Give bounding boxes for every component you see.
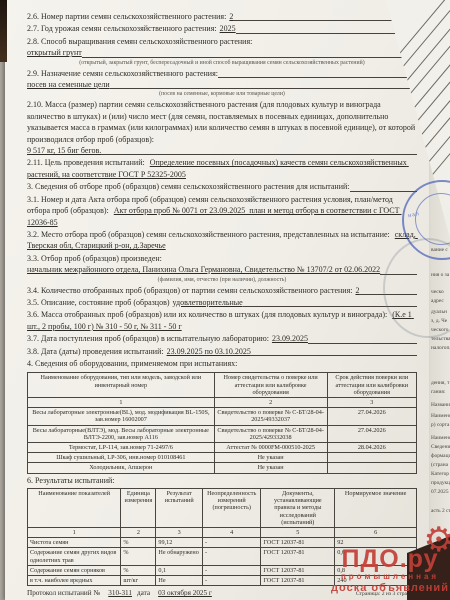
protocol-label: Протокол испытаний №: [27, 589, 100, 597]
edge-fragment: Название: [431, 401, 450, 410]
edge-fragment: (страна: [431, 461, 450, 470]
results-col-num: 3: [156, 528, 203, 538]
results-col-num: 2: [121, 528, 156, 538]
rule-line: [251, 355, 417, 356]
equipment-name: Термостат, LP-114, зав.номер 71-2497/6: [28, 443, 215, 453]
field-hint: (фамилия, имя, отчество (при наличии), д…: [27, 276, 417, 284]
field-label: 2.6. Номер партии семян сельскохозяйстве…: [27, 11, 226, 22]
edge-fragment: ческо: [431, 288, 450, 297]
field-hint: (открытый, закрытый грунт, беспересадочн…: [27, 59, 417, 67]
results-col-header: Наименование показателей: [28, 489, 121, 528]
field-value: посев на семенные цели: [27, 79, 110, 90]
rule-line: [236, 33, 417, 34]
field-value: 2025: [220, 23, 236, 34]
field-3-8: 3.8. Дата (даты) проведения испытаний: 2…: [27, 346, 417, 357]
edge-fragment: продукци: [431, 479, 450, 488]
result-indicator: Чистота семян: [28, 538, 121, 548]
date-label: дата: [137, 589, 150, 597]
equipment-certificate: Не указан: [214, 463, 327, 473]
rule-line: [218, 77, 417, 78]
field-value: 23.09.2025 по 03.10.2025: [167, 346, 251, 357]
document-page: 2.6. Номер партии семян сельскохозяйстве…: [5, 0, 429, 600]
result-unit: шт/кг: [121, 576, 156, 586]
equipment-name: Весы лабораторные электронные(BL), мод. …: [28, 408, 215, 425]
section-6-heading: 6. Результаты испытаний:: [27, 475, 417, 486]
results-col-header: Результат испытаний: [156, 489, 203, 528]
field-label: 3.5. Описание, состояние проб (образцов): [27, 297, 170, 308]
edge-fragment: Категор: [431, 470, 450, 479]
field-3-2: 3.2. Место отбора проб (образцов) семян …: [27, 229, 417, 252]
protocol-number: 310-311: [108, 589, 132, 597]
table-row: Весы лабораторные электронные(BL), мод. …: [28, 408, 417, 425]
field-hint: (посев на семенные, кормовые или товарны…: [27, 90, 417, 98]
equipment-col-header: Наименование оборудования, тип или модел…: [28, 373, 215, 398]
table-row: Весы лабораторные(ВЛТЭ), мод. Весы лабор…: [28, 425, 417, 442]
result-uncertainty: -: [203, 538, 261, 548]
result-value: 99,12: [156, 538, 203, 548]
rule-line: [101, 154, 417, 155]
field-3-7: 3.7. Дата поступления проб (образцов) в …: [27, 333, 417, 344]
edge-fragment: асть 2 ст: [431, 507, 450, 516]
results-col-num: 4: [203, 528, 261, 538]
section-4-heading: 4. Сведения об оборудовании, применяемом…: [27, 358, 417, 369]
field-value: 9 517 кг, 15 биг бегов.: [27, 145, 101, 156]
result-uncertainty: -: [203, 576, 261, 586]
edge-fragment: Наименов: [431, 412, 450, 421]
edge-fragment: ческого: [431, 326, 450, 335]
edge-fragment: дуальн: [431, 308, 450, 317]
results-col-header: Нормируемое значение: [335, 489, 417, 528]
result-unit: %: [121, 538, 156, 548]
field-label: 3.4. Количество отобранных проб (образцо…: [27, 285, 352, 296]
result-indicator: в т.ч. наиболее вредных: [28, 576, 121, 586]
equipment-col-num: 3: [327, 397, 416, 407]
field-value: открытый грунт: [27, 47, 82, 58]
field-value: 23.09.2025: [272, 333, 308, 344]
equipment-col-header: Номер свидетельства о поверке или аттест…: [214, 373, 327, 398]
edge-fragment: з, д. Че: [431, 317, 450, 326]
field-label: 2.8. Способ выращивания семян сельскохоз…: [27, 36, 417, 47]
field-3-3: 3.3. Отбор проб (образцов) произведен: н…: [27, 253, 417, 284]
field-label: 3.8. Дата (даты) проведения испытаний:: [27, 346, 164, 357]
equipment-certificate: Не указан: [214, 453, 327, 463]
edge-fragment: гания:: [431, 388, 450, 397]
section-label: 3. Сведения об отборе проб (образцов) се…: [27, 181, 350, 192]
rule-line: [82, 57, 417, 58]
equipment-valid-until: 27.04.2026: [327, 425, 416, 442]
field-label: 2.9. Назначение семян сельскохозяйственн…: [27, 68, 218, 79]
result-unit: %: [121, 548, 156, 565]
rule-line: [243, 306, 417, 307]
equipment-name: Весы лабораторные(ВЛТЭ), мод. Весы лабор…: [28, 425, 215, 442]
table-row: Шкаф сушильный, LP-306, инв.номер 010108…: [28, 453, 417, 463]
field-value: удовлетворительные: [173, 297, 243, 308]
edge-fragment: р) сорта: [431, 421, 450, 430]
results-col-header: Документы, устанавливающие правила и мет…: [261, 489, 335, 528]
field-label: 3.6. Масса отобранных проб (образцов) ил…: [27, 310, 387, 319]
equipment-name: Холодильник, Апшерон: [28, 463, 215, 473]
field-2-8: 2.8. Способ выращивания семян сельскохоз…: [27, 36, 417, 67]
background-page-edge: вание с ния о за ческо адрес дуальн з, д…: [429, 0, 450, 600]
field-label: 3.3. Отбор проб (образцов) произведен:: [27, 253, 417, 264]
equipment-col-num: 2: [214, 397, 327, 407]
equipment-name: Шкаф сушильный, LP-306, инв.номер 010108…: [28, 453, 215, 463]
table-row: Термостат, LP-114, зав.номер 71-2497/6 А…: [28, 443, 417, 453]
field-3-1: 3.1. Номер и дата Акта отбора проб (обра…: [27, 194, 417, 228]
result-unit: %: [121, 565, 156, 575]
result-uncertainty: -: [203, 548, 261, 565]
equipment-certificate: Аттестат № 0000FM-000510-2025: [214, 443, 327, 453]
field-2-10: 2.10. Масса (размер) партии семян сельск…: [27, 99, 417, 156]
results-col-num: 1: [28, 528, 121, 538]
results-col-header: Неопределенность измерений (погрешность): [203, 489, 261, 528]
results-col-num: 6: [335, 528, 417, 538]
table-row: Холодильник, Апшерон Не указан: [28, 463, 417, 473]
rule-line: [380, 274, 417, 275]
background-object-top-left: [0, 0, 7, 62]
field-label: 2.11. Цель проведения испытаний:: [27, 158, 145, 167]
site-watermark: ⚙ ПДО.ру промышленная доска объявлений: [324, 547, 450, 594]
equipment-valid-until: 28.04.2026: [327, 443, 416, 453]
field-2-7: 2.7. Год урожая семян сельскохозяйственн…: [27, 23, 417, 34]
edge-fragment: Наименов: [431, 434, 450, 443]
protocol-date: 03 октября 2025 г: [158, 589, 212, 597]
field-label: 3.2. Место отбора проб (образцов) семян …: [27, 230, 390, 239]
gear-icon: ⚙: [424, 523, 450, 557]
field-3-5: 3.5. Описание, состояние проб (образцов)…: [27, 297, 417, 308]
rule-line: [110, 88, 417, 89]
field-label: 2.10. Масса (размер) партии семян сельск…: [27, 99, 417, 145]
edge-fragment: дения, т: [431, 379, 450, 388]
results-col-num: 5: [261, 528, 335, 538]
edge-fragment: Сведения: [431, 443, 450, 452]
field-3-4: 3.4. Количество отобранных проб (образцо…: [27, 285, 417, 296]
field-3-6: 3.6. Масса отобранных проб (образцов) ил…: [27, 309, 417, 332]
rule-line: [233, 20, 417, 21]
field-label: 2.7. Год урожая семян сельскохозяйственн…: [27, 23, 217, 34]
edge-fragment: налогопл: [431, 344, 450, 353]
field-label: 3.7. Дата поступления проб (образцов) в …: [27, 333, 269, 344]
result-uncertainty: -: [203, 565, 261, 575]
field-2-9: 2.9. Назначение семян сельскохозяйственн…: [27, 68, 417, 99]
rule-line: [359, 294, 417, 295]
section-3-heading: 3. Сведения об отборе проб (образцов) се…: [27, 181, 417, 192]
equipment-valid-until: [327, 463, 416, 473]
result-indicator: Содержание семян других видов однолетних…: [28, 548, 121, 565]
watermark-subtitle2: доска объявлений: [324, 582, 450, 594]
results-col-header: Единица измерения: [121, 489, 156, 528]
edge-fragment: формация: [431, 452, 450, 461]
result-indicator: Содержание семян сорняков: [28, 565, 121, 575]
equipment-table: Наименование оборудования, тип или модел…: [27, 372, 417, 473]
watermark-subtitle: промышленная: [324, 571, 450, 582]
equipment-certificate: Свидетельство о поверке № С-БТ/28-04-202…: [214, 425, 327, 442]
field-2-11: 2.11. Цель проведения испытаний: Определ…: [27, 157, 417, 180]
result-value: Не обнаружено: [156, 548, 203, 565]
rule-line: [350, 191, 418, 192]
equipment-valid-until: 27.04.2026: [327, 408, 416, 425]
result-value: 0,1: [156, 565, 203, 575]
round-stamp-inner-ring: [415, 193, 450, 245]
edge-fragment: ния о за: [431, 271, 450, 280]
result-value: Не: [156, 576, 203, 586]
equipment-certificate: Свидетельство о поверке № С-БТ/28-04-202…: [214, 408, 327, 425]
edge-fragment: адрес: [431, 297, 450, 306]
edge-fragment: 07.2025: [431, 488, 450, 497]
field-value: начальник межрайонного отдела, Панихина …: [27, 264, 380, 275]
equipment-col-num: 1: [28, 397, 215, 407]
equipment-col-header: Срок действия поверки или аттестации или…: [327, 373, 416, 398]
edge-fragment: тельства: [431, 335, 450, 344]
equipment-valid-until: [327, 453, 416, 463]
rule-line: [308, 343, 417, 344]
field-2-6: 2.6. Номер партии семян сельскохозяйстве…: [27, 11, 417, 22]
